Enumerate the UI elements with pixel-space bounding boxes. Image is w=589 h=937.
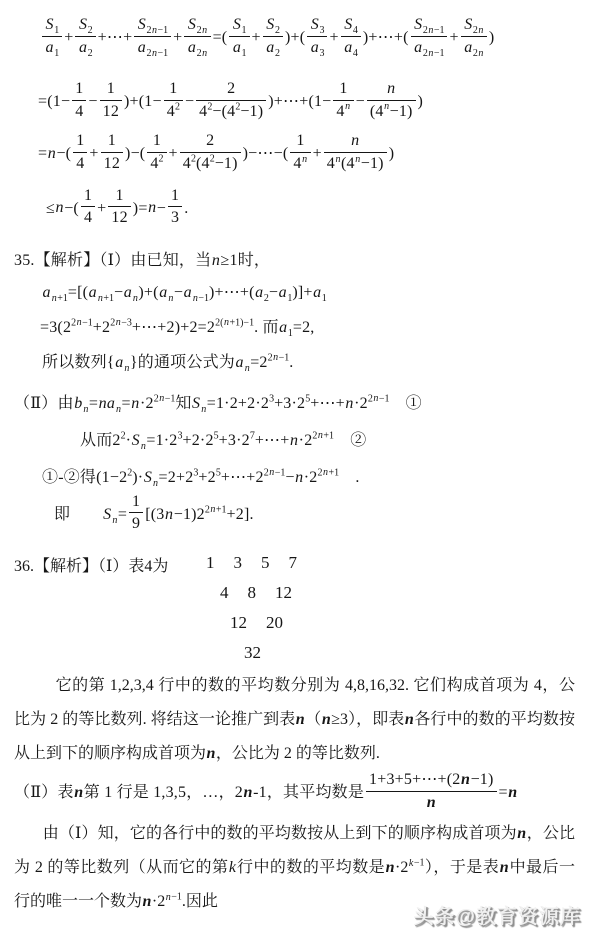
fraction: 142 — [147, 132, 166, 172]
table4-row: 4812 — [220, 583, 316, 613]
table4-number: 1 — [206, 553, 215, 573]
formula-line: S1a1+S2a2+⋯+S2n−1a2n−1+S2na2n=(S1a1+S2a2… — [40, 18, 575, 58]
fraction: 14 — [72, 80, 86, 120]
fraction: 14n — [290, 132, 310, 172]
fraction: 14n — [333, 80, 353, 120]
table4-pyramid: 13574812122032 — [206, 553, 316, 673]
fraction: S2a2 — [263, 16, 283, 56]
fraction: 14 — [73, 132, 87, 172]
fraction: S2na2n — [461, 16, 487, 56]
formula-line: =3(22n−1+22n−3+⋯+2)+2=22(n+1)−1. 而a1=2, — [40, 314, 575, 337]
table4-label: 36.【解析】（Ⅰ）表4为 — [14, 553, 168, 576]
fraction: S2n−1a2n−1 — [411, 16, 448, 56]
paragraph: 它的第 1,2,3,4 行中的数的平均数分别为 4,8,16,32. 它们构成首… — [14, 669, 575, 771]
solution-content: S1a1+S2a2+⋯+S2n−1a2n−1+S2na2n=(S1a1+S2a2… — [0, 0, 589, 919]
formula-line: 所以数列{an}的通项公式为an=22n−1. — [42, 349, 575, 372]
formula-line: an+1=[(an+1−an)+(an−an−1)+⋯+(a2−a1)]+a1 — [42, 282, 575, 302]
formula-line: （Ⅱ）由bn=nan=n·22n−1知Sn=1·2+2·23+3·25+⋯+n·… — [14, 390, 575, 413]
fraction: 112 — [108, 187, 130, 227]
formula-line: 35.【解析】（Ⅰ）由已知，当n≥1时， — [14, 247, 575, 270]
fraction: S2a2 — [75, 16, 95, 56]
table4-number: 3 — [234, 553, 243, 573]
fraction: S2na2n — [184, 16, 210, 56]
table4-number: 12 — [230, 613, 247, 633]
watermark-text: 头条@教育资源库 — [413, 900, 581, 929]
table4-number: 7 — [289, 553, 298, 573]
fraction: S3a3 — [307, 16, 327, 56]
document-page: S1a1+S2a2+⋯+S2n−1a2n−1+S2na2n=(S1a1+S2a2… — [0, 0, 589, 937]
formula-line: 即 Sn=19[(3n−1)22n+1+2]. — [54, 495, 575, 535]
fraction: 242−(42−1) — [196, 80, 266, 120]
table4-number: 5 — [261, 553, 270, 573]
fraction: 112 — [100, 80, 122, 120]
fraction: S1a1 — [42, 16, 62, 56]
table4-number: 12 — [275, 583, 292, 603]
fraction: 142 — [164, 80, 183, 120]
formula-line: ≤n−(14+112)=n−13. — [46, 189, 575, 229]
formula-line: 从而22·Sn=1·23+2·25+3·27+⋯+n·22n+1 ② — [80, 427, 575, 450]
table4-row: 32 — [244, 643, 316, 673]
fraction: 112 — [101, 132, 123, 172]
formula-line: =(1−14−112)+(1−142−242−(42−1))+⋯+(1−14n−… — [38, 82, 575, 122]
table4-row: 1357 — [206, 553, 316, 583]
formula-line: （Ⅱ）表n第 1 行是 1,3,5，…，2n-1，其平均数是1+3+5+⋯+(2… — [14, 773, 575, 813]
table4-number: 20 — [266, 613, 283, 633]
table4-number: 32 — [244, 643, 261, 663]
table4-row: 1220 — [230, 613, 316, 643]
fraction: 13 — [168, 187, 182, 227]
fraction: 242(42−1) — [180, 132, 241, 172]
fraction: S4a4 — [341, 16, 361, 56]
fraction: 19 — [129, 493, 143, 533]
table4-number: 8 — [248, 583, 257, 603]
table4-block: 36.【解析】（Ⅰ）表4为13574812122032 — [14, 551, 575, 667]
formula-line: =n−(14+112)−(142+242(42−1))−⋯−(14n+n4n(4… — [38, 134, 575, 174]
fraction: 14 — [81, 187, 95, 227]
fraction: 1+3+5+⋯+(2n−1)n — [366, 771, 496, 811]
fraction: n(4n−1) — [367, 80, 416, 120]
fraction: S1a1 — [229, 16, 249, 56]
table4-number: 4 — [220, 583, 229, 603]
fraction: n4n(4n−1) — [324, 132, 387, 172]
formula-line: ①-②得(1−22)·Sn=2+23+25+⋯+22n−1−n·22n+1 . — [42, 464, 575, 487]
fraction: S2n−1a2n−1 — [134, 16, 171, 56]
